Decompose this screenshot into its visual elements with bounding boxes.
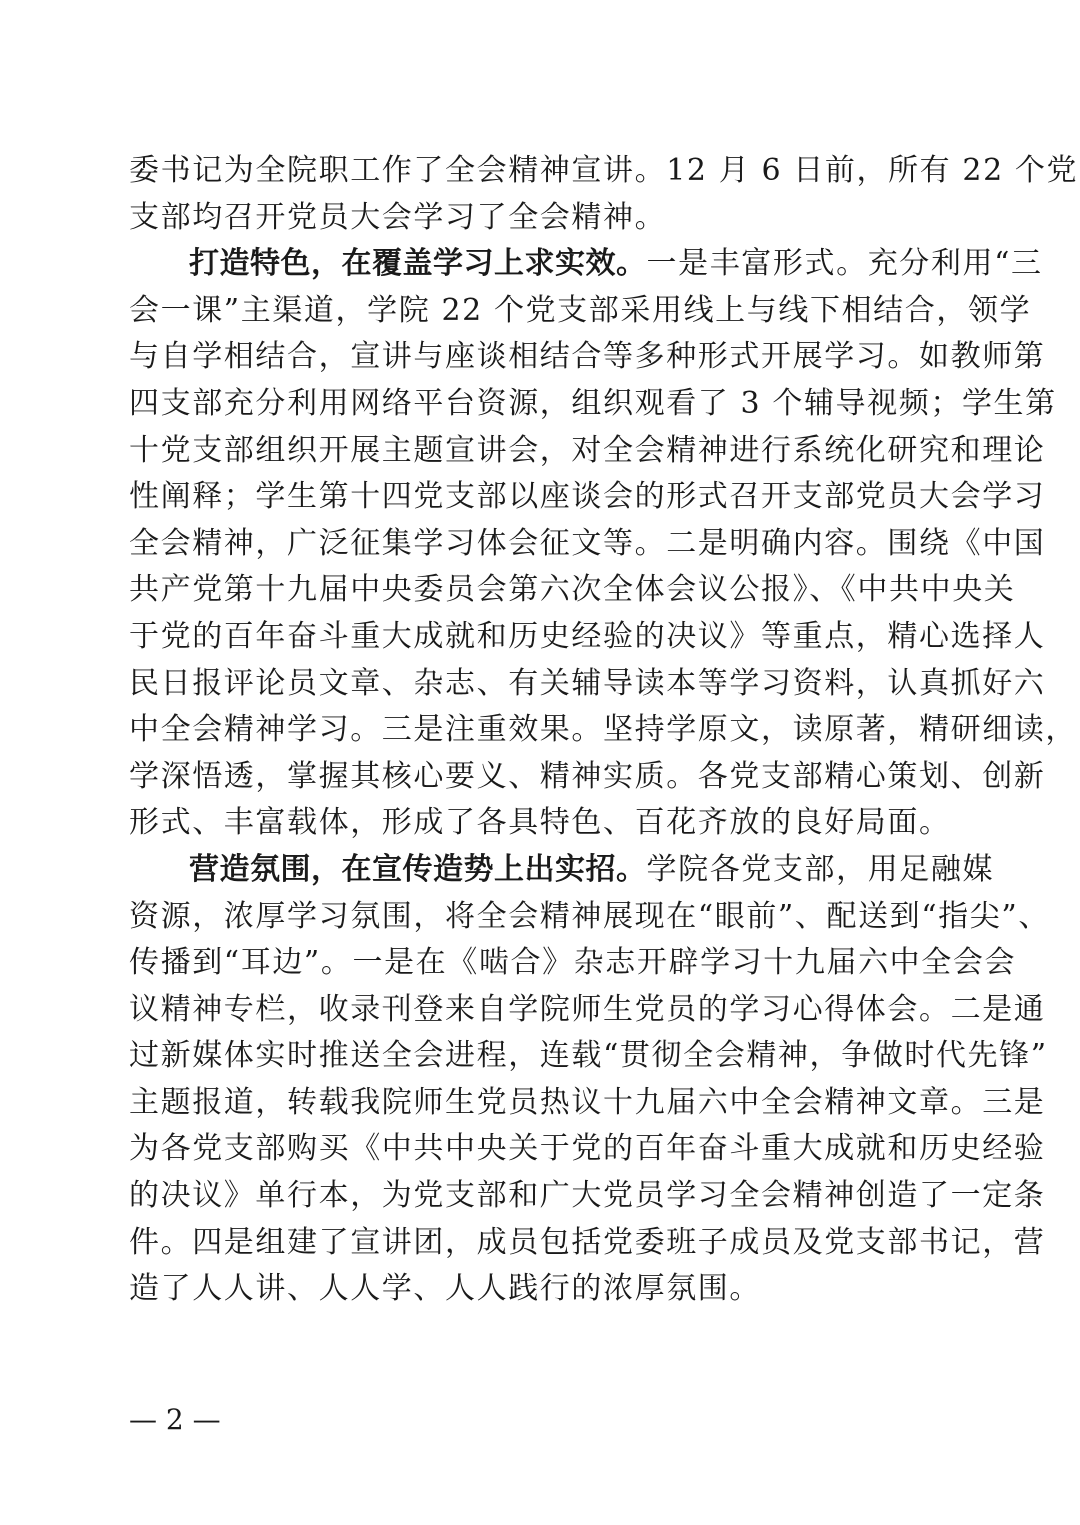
paragraph-2-line-7: 全会精神，广泛征集学习体会征文等。二是明确内容。围绕《中国 (129, 521, 969, 568)
paragraph-3-heading: 营造氛围，在宣传造势上出实招。 (189, 852, 647, 887)
paragraph-3-line-6: 主题报道，转载我院师生党员热议十九届六中全会精神文章。三是 (129, 1080, 969, 1127)
paragraph-3-line-1-text: 学院各党支部，用足融媒 (647, 852, 995, 887)
page-number: — 2 — (129, 1400, 221, 1440)
paragraph-2-line-10: 民日报评论员文章、杂志、有关辅导读本等学习资料，认真抓好六 (129, 661, 969, 708)
paragraph-2-line-11: 中全会精神学习。三是注重效果。坚持学原文，读原著，精研细读， (129, 707, 969, 754)
paragraph-3-line-8: 的决议》单行本，为党支部和广大党员学习全会精神创造了一定条 (129, 1173, 969, 1220)
paragraph-2-line-4: 四支部充分利用网络平台资源，组织观看了 3 个辅导视频；学生第 (129, 381, 969, 428)
paragraph-2-line-3: 与自学相结合，宣讲与座谈相结合等多种形式开展学习。如教师第 (129, 334, 969, 381)
paragraph-3-line-5: 过新媒体实时推送全会进程，连载“贯彻全会精神，争做时代先锋” (129, 1033, 969, 1080)
document-body: 委书记为全院职工作了全会精神宣讲。12 月 6 日前，所有 22 个党 支部均召… (129, 148, 969, 1313)
paragraph-3-line-9: 件。四是组建了宣讲团，成员包括党委班子成员及党支部书记，营 (129, 1220, 969, 1267)
paragraph-3-line-3: 传播到“耳边”。一是在《啮合》杂志开辟学习十九届六中全会会 (129, 940, 969, 987)
paragraph-3-line-10: 造了人人讲、人人学、人人践行的浓厚氛围。 (129, 1266, 969, 1313)
paragraph-1-line-1: 委书记为全院职工作了全会精神宣讲。12 月 6 日前，所有 22 个党 (129, 148, 969, 195)
paragraph-2-line-2: 会一课”主渠道，学院 22 个党支部采用线上与线下相结合，领学 (129, 288, 969, 335)
paragraph-3-line-7: 为各党支部购买《中共中央关于党的百年奋斗重大成就和历史经验 (129, 1126, 969, 1173)
paragraph-2-heading: 打造特色，在覆盖学习上求实效。 (189, 246, 647, 281)
paragraph-1-line-2: 支部均召开党员大会学习了全会精神。 (129, 195, 969, 242)
paragraph-2-line-5: 十党支部组织开展主题宣讲会，对全会精神进行系统化研究和理论 (129, 428, 969, 475)
paragraph-2-line-1-text: 一是丰富形式。充分利用“三 (647, 246, 1043, 281)
paragraph-2-line-8: 共产党第十九届中央委员会第六次全体会议公报》、《中共中央关 (129, 567, 969, 614)
paragraph-2-line-6: 性阐释；学生第十四党支部以座谈会的形式召开支部党员大会学习 (129, 474, 969, 521)
paragraph-2-line-13: 形式、丰富载体，形成了各具特色、百花齐放的良好局面。 (129, 800, 969, 847)
paragraph-3-line-1: 营造氛围，在宣传造势上出实招。学院各党支部，用足融媒 (129, 847, 969, 894)
paragraph-3-line-2: 资源，浓厚学习氛围，将全会精神展现在“眼前”、配送到“指尖”、 (129, 894, 969, 941)
paragraph-2-line-9: 于党的百年奋斗重大成就和历史经验的决议》等重点，精心选择人 (129, 614, 969, 661)
paragraph-2-line-1: 打造特色，在覆盖学习上求实效。一是丰富形式。充分利用“三 (129, 241, 969, 288)
document-page: 委书记为全院职工作了全会精神宣讲。12 月 6 日前，所有 22 个党 支部均召… (0, 0, 1080, 1525)
paragraph-2-line-12: 学深悟透，掌握其核心要义、精神实质。各党支部精心策划、创新 (129, 754, 969, 801)
paragraph-3-line-4: 议精神专栏，收录刊登来自学院师生党员的学习心得体会。二是通 (129, 987, 969, 1034)
